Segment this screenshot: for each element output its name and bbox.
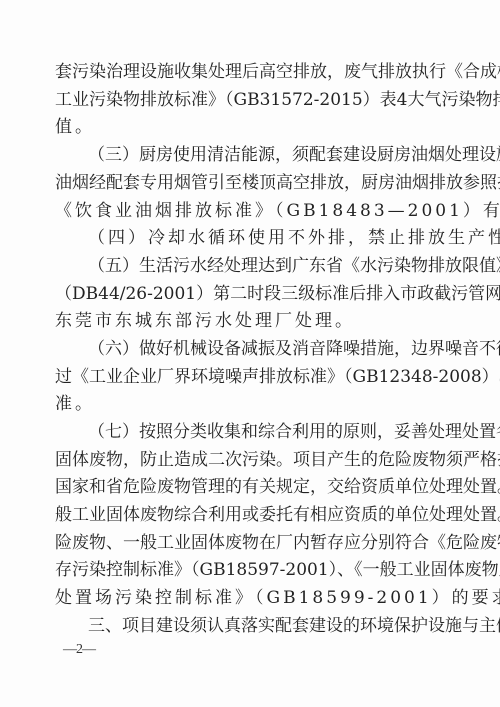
text-line-17: 般工业固体废物综合利用或委托有相应资质的单位处理处置。危 bbox=[55, 502, 455, 528]
text-line-12: 过《工业企业厂界环境噪声排放标准》（GB12348-2008）3类标 bbox=[55, 364, 455, 390]
paragraph-7-heading-line: （七）按照分类收集和综合利用的原则，妥善处理处置各类 bbox=[88, 419, 455, 445]
document-page: 套污染治理设施收集处理后高空排放，废气排放执行《合成树脂 工业污染物排放标准》（… bbox=[0, 0, 500, 707]
paragraph-6-heading-line: （六）做好机械设备减振及消音降噪措施，边界噪音不得超 bbox=[88, 336, 455, 362]
text-line-6: 《饮食业油烟排放标准》（GB18483—2001）有关标准。 bbox=[55, 198, 455, 224]
text-line-3: 值。 bbox=[55, 114, 455, 140]
text-line-9: （DB44/26-2001）第二时段三级标准后排入市政截污管网，引至 bbox=[55, 281, 455, 307]
paragraph-3-heading-line: （三）厨房使用清洁能源，须配套建设厨房油烟处理设施， bbox=[88, 142, 455, 168]
text-line-19: 存污染控制标准》（GB18597-2001）、《一般工业固体废物贮存、 bbox=[55, 557, 455, 583]
text-line-5: 油烟经配套专用烟管引至楼顶高空排放，厨房油烟排放参照执行 bbox=[55, 170, 455, 196]
page-number: —2— bbox=[63, 640, 95, 660]
text-line-16: 国家和省危险废物管理的有关规定，交给资质单位处理处置。一 bbox=[55, 474, 455, 500]
paragraph-5-heading-line: （五）生活污水经处理达到广东省《水污染物排放限值》 bbox=[88, 253, 455, 279]
text-line-13: 准。 bbox=[55, 391, 455, 417]
text-line-1: 套污染治理设施收集处理后高空排放，废气排放执行《合成树脂 bbox=[55, 59, 455, 85]
text-line-20: 处置场污染控制标准》（GB18599-2001）的要求。 bbox=[55, 585, 455, 611]
text-line-10: 东莞市东城东部污水处理厂处理。 bbox=[55, 308, 455, 334]
section-3-heading-line: 三、项目建设须认真落实配套建设的环境保护设施与主体 bbox=[88, 613, 455, 639]
text-line-18: 险废物、一般工业固体废物在厂内暂存应分别符合《危险废物贮 bbox=[55, 530, 455, 556]
text-line-2: 工业污染物排放标准》（GB31572-2015）表4大气污染物排放限 bbox=[55, 87, 455, 113]
paragraph-4-line: （四）冷却水循环使用不外排，禁止排放生产性废水。 bbox=[88, 225, 455, 251]
text-line-15: 固体废物，防止造成二次污染。项目产生的危险废物须严格执行 bbox=[55, 447, 455, 473]
